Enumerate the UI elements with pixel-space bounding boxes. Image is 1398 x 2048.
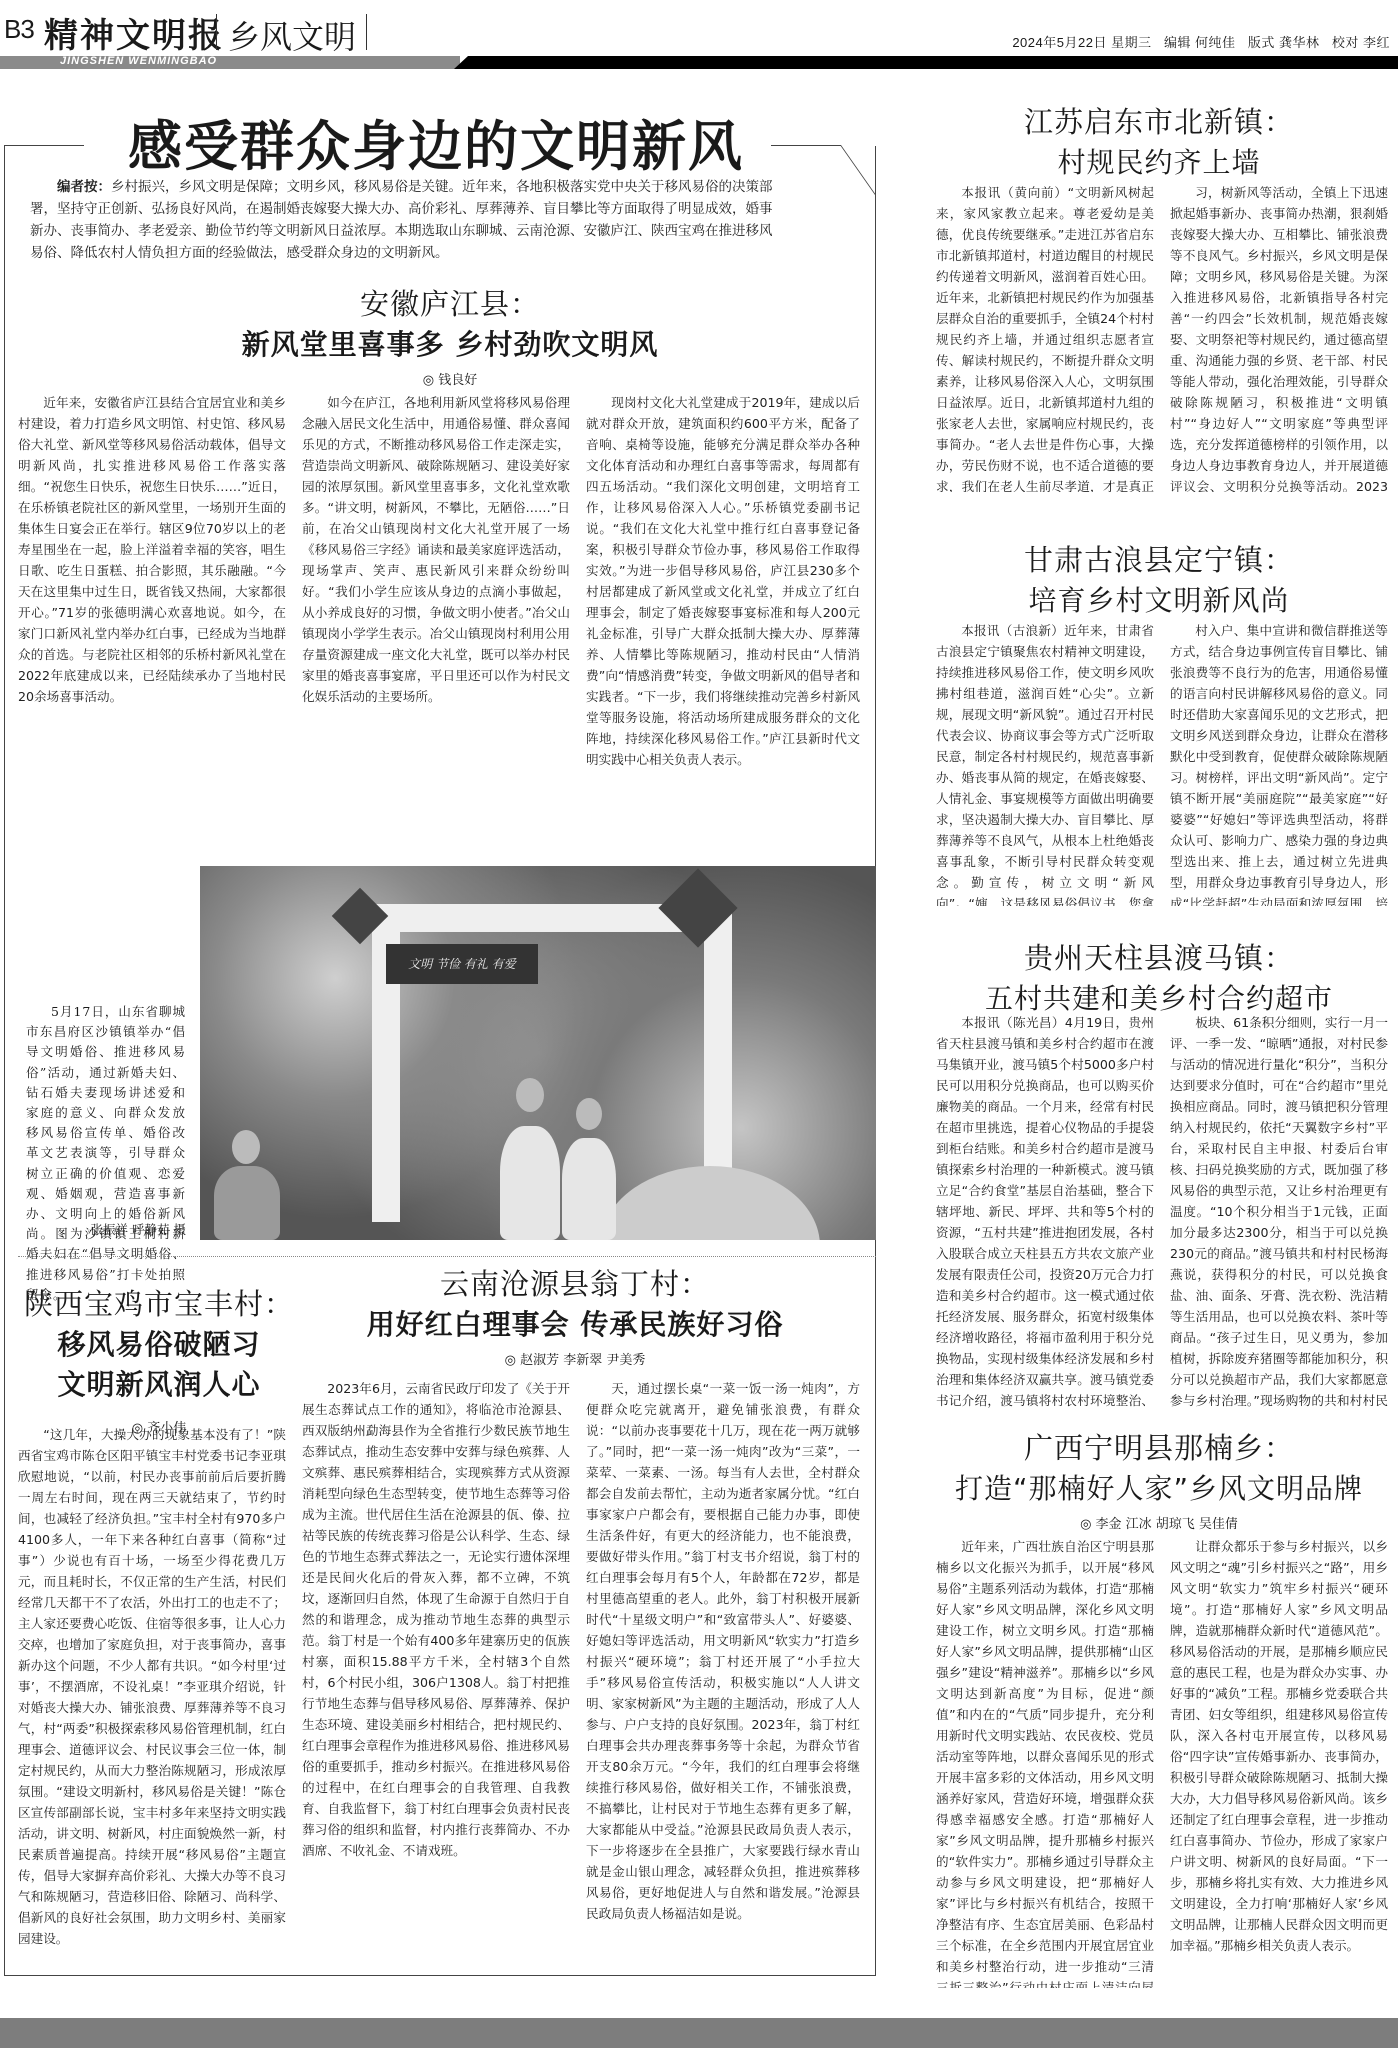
person-head — [576, 1098, 602, 1130]
newspaper-pinyin: JINGSHEN WENMINGBAO — [60, 55, 217, 67]
issue-weekday: 星期三 — [1111, 35, 1152, 50]
article-headline: 用好红白理事会 传承民族好习俗 — [310, 1303, 840, 1343]
article-column: 习，树新风等活动，全镇上下迅速掀起婚事新办、丧事简办热潮，狠刹婚丧嫁娶大操大办、… — [1170, 182, 1388, 492]
article-column: 村入户、集中宣讲和微信群推送等方式，结合身边事例宣传盲目攀比、铺张浪费等不良行为… — [1170, 620, 1388, 906]
article-column: 现岗村文化大礼堂建成于2019年，建成以后就对群众开放，建筑面积约600平方米，… — [586, 392, 860, 858]
article-column: 近年来，广西壮族自治区宁明县那楠乡以文化振兴为抓手，以开展“移风易俗”主题系列活… — [936, 1536, 1154, 1988]
article-title-guangxi: 广西宁明县那楠乡： 打造“那楠好人家”乡风文明品牌 ◎ 李金 江冰 胡琼飞 吴佳… — [920, 1426, 1398, 1532]
masthead: B3 精神文明报 乡风文明 2024年5月22日 星期三 编辑 何纯佳 版式 龚… — [0, 0, 1398, 62]
article-headline: 村规民约齐上墙 — [920, 141, 1398, 181]
article-title-anhui: 安徽庐江县： 新风堂里喜事多 乡村劲吹文明风 ◎ 钱良好 — [150, 282, 750, 388]
article-headline: 五村共建和美乡村合约超市 — [920, 977, 1398, 1017]
person-bystander — [214, 1166, 280, 1240]
person-head — [232, 1130, 260, 1164]
article-column: 本报讯（古浪新）近年来，甘肃省古浪县定宁镇聚焦农村精神文明建设，持续推进移风易俗… — [936, 620, 1154, 906]
layout-designer: 版式 龚华林 — [1248, 35, 1320, 50]
article-byline: ◎ 李金 江冰 胡琼飞 吴佳倩 — [920, 1513, 1398, 1532]
article-column: 本报讯（陈光昌）4月19日，贵州省天柱县渡马镇和美乡村合约超市在渡马集镇开业，渡… — [936, 1012, 1154, 1410]
article-title-gansu: 甘肃古浪县定宁镇： 培育乡村文明新风尚 — [920, 538, 1398, 619]
article-headline: 打造“那楠好人家”乡风文明品牌 — [920, 1467, 1398, 1507]
masthead-band: JINGSHEN WENMINGBAO — [0, 56, 460, 69]
article-column: 如今在庐江，各地利用新风堂将移风易俗理念融入居民文化生活中，用通俗易懂、群众喜闻… — [302, 392, 570, 858]
article-column: 2023年6月，云南省民政厅印发了《关于开展生态葬试点工作的通知》，将临沧市沧源… — [302, 1378, 570, 1958]
editor-note: 编者按：乡村振兴，乡风文明是保障；文明乡风，移风易俗是关键。近年来，各地积极落实… — [30, 176, 778, 264]
article-column: “这几年，大操大办的现象基本没有了！”陕西省宝鸡市陈仓区阳平镇宝丰村党委书记李亚… — [18, 1424, 286, 1958]
newspaper-logo: 精神文明报 — [44, 8, 224, 57]
masthead-band-black — [468, 56, 1398, 69]
article-column: 本报讯（黄向前）“文明新风树起来，家风家教立起来。尊老爱幼是美德，优良传统要继承… — [936, 182, 1154, 492]
article-column: 板块、61条积分细则，实行一月一评、一季一发、“晾晒”通报，对村民参与活动的情况… — [1170, 1012, 1388, 1410]
article-location: 陕西宝鸡市宝丰村： — [14, 1282, 304, 1323]
article-headline: 文明新风润人心 — [14, 1363, 304, 1403]
article-headline: 新风堂里喜事多 乡村劲吹文明风 — [150, 323, 750, 363]
proofreader: 校对 李红 — [1332, 35, 1390, 50]
article-title-guizhou: 贵州天柱县渡马镇： 五村共建和美乡村合约超市 — [920, 936, 1398, 1017]
article-column: 近年来，安徽省庐江县结合宜居宜业和美乡村建设，着力打造乡风文明馆、村史馆、移风易… — [18, 392, 286, 858]
article-byline: ◎ 钱良好 — [150, 369, 750, 388]
divider — [18, 1256, 876, 1257]
article-title-shaanxi: 陕西宝鸡市宝丰村： 移风易俗破陋习 文明新风润人心 ◎ 齐小伟 — [14, 1282, 304, 1436]
article-location: 甘肃古浪县定宁镇： — [920, 538, 1398, 579]
article-location: 云南沧源县翁丁村： — [310, 1262, 840, 1303]
issue-date: 2024年5月22日 — [1012, 35, 1107, 50]
person-head — [516, 1078, 544, 1112]
page-footer-bar — [0, 2018, 1398, 2048]
photo-banner: 文明 节俭 有礼 有爱 — [386, 944, 538, 984]
photo-caption: 5月17日，山东省聊城市东昌府区沙镇镇举办“倡导文明婚俗、推进移风易俗”活动，通… — [26, 1002, 186, 1305]
article-column: 天，通过摆长桌“一菜一饭一汤一炖肉”，方便群众吃完就离开，避免铺张浪费，有群众说… — [586, 1378, 860, 1958]
person-bride — [562, 1138, 616, 1240]
issue-meta: 2024年5月22日 星期三 编辑 何纯佳 版式 龚华林 校对 李红 — [1012, 32, 1390, 51]
page-headline: 感受群众身边的文明新风 — [122, 104, 750, 181]
editor-note-text: 乡村振兴，乡风文明是保障；文明乡风，移风易俗是关键。近年来，各地积极落实党中央关… — [30, 179, 773, 261]
editor: 编辑 何纯佳 — [1164, 35, 1236, 50]
article-location: 安徽庐江县： — [150, 282, 750, 323]
article-column: 让群众都乐于参与乡村振兴，以乡风文明之“魂”引乡村振兴之“路”，用乡风文明“软实… — [1170, 1536, 1388, 1988]
article-headline: 移风易俗破陋习 — [14, 1323, 304, 1363]
news-photo: 文明 节俭 有礼 有爱 — [200, 866, 876, 1240]
article-location: 贵州天柱县渡马镇： — [920, 936, 1398, 977]
photo-credit: 张振祥 呼静茹 摄 — [26, 1220, 186, 1238]
article-byline: ◎ 赵淑芳 李新翠 尹美秀 — [310, 1349, 840, 1368]
article-location: 江苏启东市北新镇： — [920, 100, 1398, 141]
article-headline: 培育乡村文明新风尚 — [920, 579, 1398, 619]
divider — [366, 14, 367, 50]
article-title-yunnan: 云南沧源县翁丁村： 用好红白理事会 传承民族好习俗 ◎ 赵淑芳 李新翠 尹美秀 — [310, 1262, 840, 1368]
person-groom — [500, 1126, 560, 1240]
section-title: 乡风文明 — [228, 12, 356, 58]
article-location: 广西宁明县那楠乡： — [920, 1426, 1398, 1467]
editor-note-label: 编者按： — [57, 179, 111, 195]
article-title-jiangsu: 江苏启东市北新镇： 村规民约齐上墙 — [920, 100, 1398, 181]
page-number: B3 — [4, 14, 34, 45]
divider — [216, 14, 217, 50]
